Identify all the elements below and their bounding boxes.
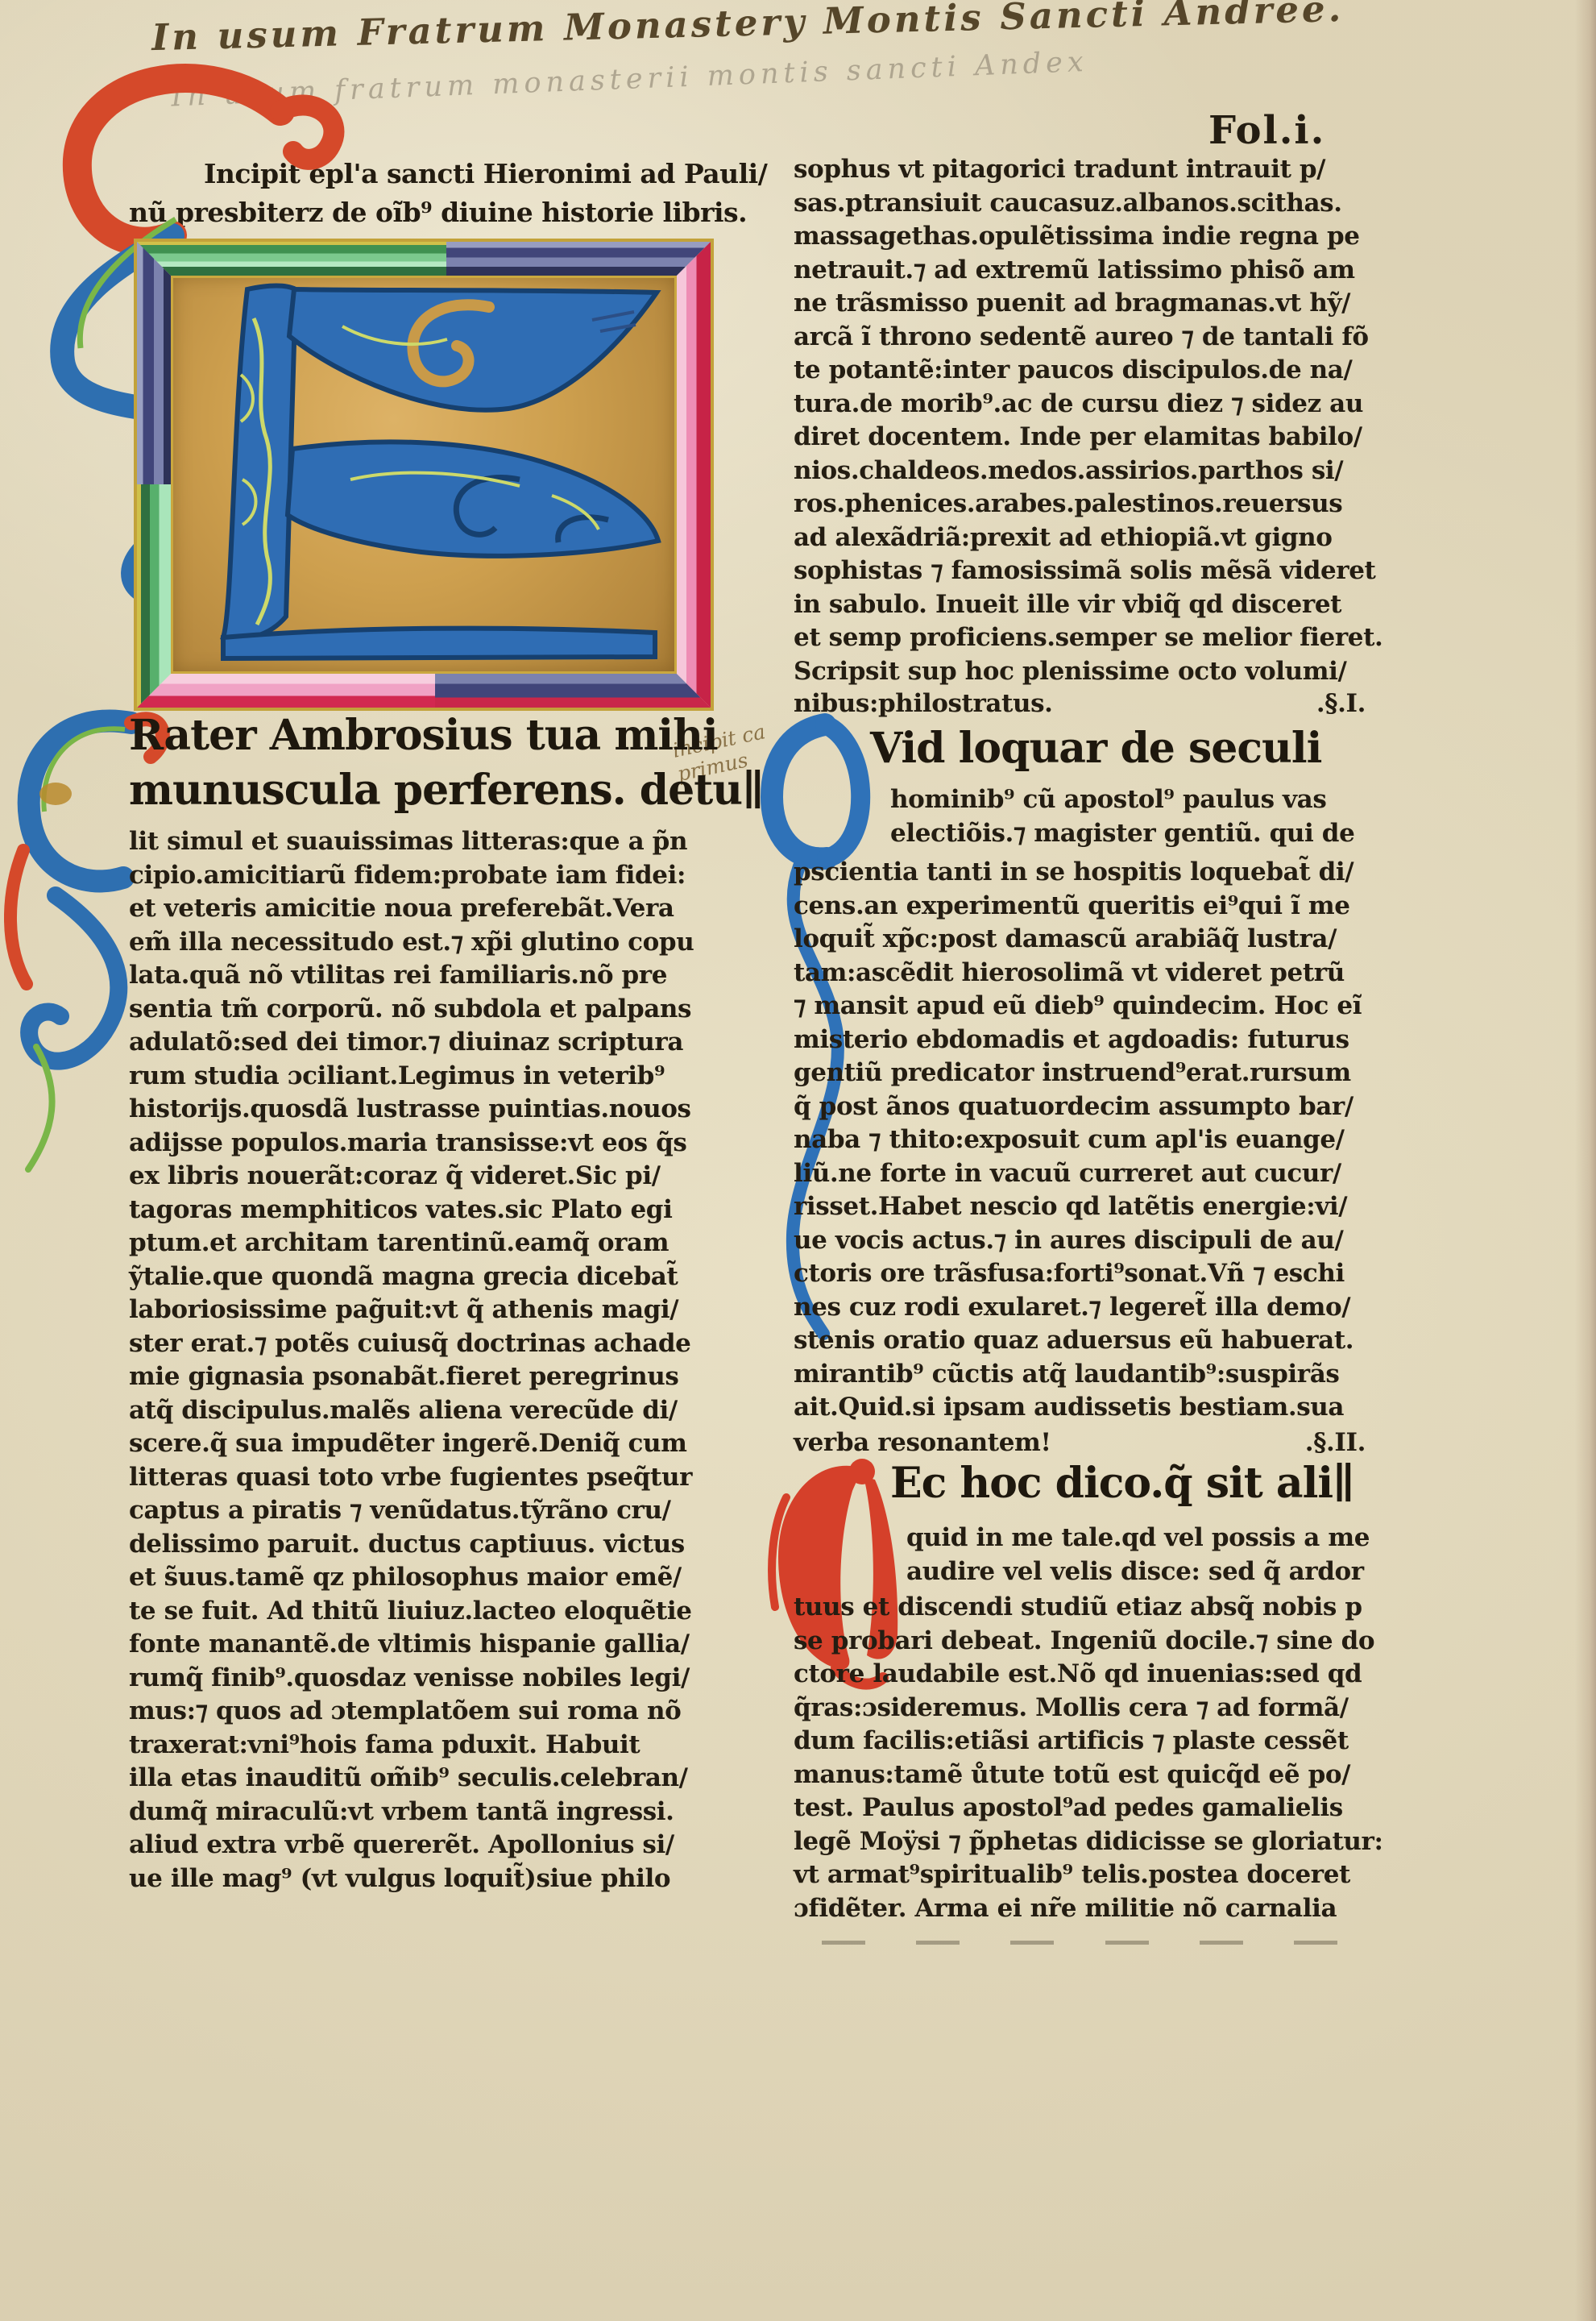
text-line: naba ⁊ thito:exposuit cum apl'is euange∕ bbox=[794, 1123, 1375, 1157]
text-line: manus:tamẽ ůtute totũ est quicq̃d eẽ po∕ bbox=[794, 1758, 1375, 1792]
text-line: netrauit.⁊ ad extremũ latissimo phisõ am bbox=[794, 254, 1375, 288]
text-line: historijs.quosdã lustrasse puintias.nouo… bbox=[129, 1093, 719, 1127]
text-line: ue ille mag⁹ (vt vulgus loquit̃)siue phi… bbox=[129, 1862, 719, 1896]
frame-band-right bbox=[677, 242, 711, 708]
text-line: massagethas.opulẽtissima indie regna pe bbox=[794, 220, 1375, 254]
text-line: electiõis.⁊ magister gentiũ. qui de bbox=[890, 817, 1374, 851]
text-line: scere.q̃ sua impudẽter ingerẽ.Deniq̃ cum bbox=[129, 1427, 719, 1461]
text-line: nios.chaldeos.medos.assirios.parthos si∕ bbox=[794, 455, 1375, 488]
text-line: tura.de morib⁹.ac de cursu diez ⁊ sidez … bbox=[794, 388, 1375, 421]
section-1-indented-lines: hominib⁹ cũ apostol⁹ paulus vaselectiõis… bbox=[890, 783, 1374, 850]
text-line: vt armat⁹spiritualib⁹ telis.postea docer… bbox=[794, 1858, 1375, 1892]
letter-F-artwork bbox=[173, 278, 674, 671]
text-line: ne trãsmisso puenit ad bragmanas.vt hỹ∕ bbox=[794, 287, 1375, 321]
text-line: em̃ illa necessitudo est.⁊ xp̃i glutino … bbox=[129, 926, 719, 960]
text-line: cipio.amicitiarũ fidem:probate iam fidei… bbox=[129, 859, 719, 893]
text-line: lata.quã nõ vtilitas rei familiaris.nõ p… bbox=[129, 959, 719, 993]
text-line: legẽ Moÿsi ⁊ p̃phetas didicisse se glori… bbox=[794, 1825, 1375, 1859]
text-line: adijsse populos.maria transisse:vt eos q… bbox=[129, 1127, 719, 1160]
section-1-mark: .§.I. bbox=[1316, 687, 1366, 721]
text-line: q̃ post ãnos quatuordecim assumpto bar∕ bbox=[794, 1090, 1375, 1124]
text-line: q̃ras:ɔsideremus. Mollis cera ⁊ ad formã… bbox=[794, 1692, 1375, 1725]
left-column-body: lit simul et suauissimas litteras:que a … bbox=[129, 825, 719, 1895]
text-line: ait.Quid.si ipsam audissetis bestiam.sua bbox=[794, 1391, 1375, 1425]
text-line: hominib⁹ cũ apostol⁹ paulus vas bbox=[890, 783, 1374, 817]
section-1-opening-line: Vid loquar de seculi bbox=[870, 722, 1321, 775]
section-2-mark: .§.II. bbox=[1305, 1426, 1366, 1460]
text-line: misterio ebdomadis et agdoadis: futurus bbox=[794, 1023, 1375, 1057]
section-2-opening-line: Ec hoc dico.q̃ sit ali∥ bbox=[890, 1457, 1354, 1510]
text-line: ctoris ore trãsfusa:forti⁹sonat.Vñ ⁊ esc… bbox=[794, 1257, 1375, 1291]
section-1-body: pscientia tanti in se hospitis loquebat̃… bbox=[794, 856, 1375, 1425]
text-line: ptum.et architam tarentinũ.eamq̃ oram bbox=[129, 1227, 719, 1260]
text-line: ctore laudabile est.Nõ qd inuenias:sed q… bbox=[794, 1658, 1375, 1692]
text-line: sophus vt pitagorici tradunt intrauit p∕ bbox=[794, 153, 1375, 187]
text-line: fonte manantẽ.de vltimis hispanie gallia… bbox=[129, 1628, 719, 1662]
text-line: risset.Habet nescio qd latẽtis energie:v… bbox=[794, 1190, 1375, 1224]
text-line: diret docentem. Inde per elamitas babilo… bbox=[794, 421, 1375, 455]
text-line: illa etas inauditũ om̃ib⁹ seculis.celebr… bbox=[129, 1762, 719, 1796]
left-column-opening-line1: Rater Ambrosius tua mihi bbox=[129, 709, 718, 762]
text-line: quid in me tale.qd vel possis a me bbox=[906, 1522, 1374, 1555]
text-line: delissimo paruit. ductus captiuus. victu… bbox=[129, 1528, 719, 1562]
text-line: pscientia tanti in se hospitis loquebat̃… bbox=[794, 856, 1375, 890]
text-line: gentiũ predicator instruend⁹erat.rursum bbox=[794, 1057, 1375, 1090]
text-line: nes cuz rodi exularet.⁊ legeret̃ illa de… bbox=[794, 1291, 1375, 1325]
text-line: Scripsit sup hoc plenissime octo volumi∕ bbox=[794, 655, 1375, 689]
text-line: test. Paulus apostol⁹ad pedes gamalielis bbox=[794, 1792, 1375, 1825]
text-line: te se fuit. Ad thitũ liuiuz.lacteo eloqu… bbox=[129, 1595, 719, 1629]
text-line: ad alexãdriã:prexit ad ethiopiã.vt gigno bbox=[794, 521, 1375, 555]
text-line: aliud extra vrbẽ quererẽt. Apollonius si… bbox=[129, 1829, 719, 1862]
text-line: rumq̃ finib⁹.quosdaz venisse nobiles leg… bbox=[129, 1662, 719, 1696]
text-line: tam:ascẽdit hierosolimã vt videret petrũ bbox=[794, 957, 1375, 990]
text-line: adulatõ:sed dei timor.⁊ diuinaz scriptur… bbox=[129, 1026, 719, 1060]
text-line: rum studia ɔciliant.Legimus in veterib⁹ bbox=[129, 1060, 719, 1094]
text-line: ros.phenices.arabes.palestinos.reuersus bbox=[794, 488, 1375, 521]
section-2-indented-lines: quid in me tale.qd vel possis a meaudire… bbox=[906, 1522, 1374, 1588]
text-line: tuus et discendi studiũ etiaz absq̃ nobi… bbox=[794, 1591, 1375, 1625]
text-line: laboriosissime pag̃uit:vt q̃ athenis mag… bbox=[129, 1293, 719, 1327]
section-2-body: tuus et discendi studiũ etiaz absq̃ nobi… bbox=[794, 1591, 1375, 1925]
text-line: et veteris amicitie noua preferebãt.Vera bbox=[129, 892, 719, 926]
illuminated-initial-F bbox=[137, 242, 711, 708]
text-line: cens.an experimentũ queritis ei⁹qui ĩ me bbox=[794, 890, 1375, 924]
ink-offset-dashes bbox=[822, 1941, 1337, 1945]
text-line: atq̃ discipulus.malẽs aliena verecũde di… bbox=[129, 1394, 719, 1428]
text-line: loquit̃ xp̃c:post damascũ arabiãq̃ lustr… bbox=[794, 923, 1375, 957]
text-line: sophistas ⁊ famosissimã solis mẽsã vider… bbox=[794, 554, 1375, 588]
text-line: mie gignasia psonabãt.fieret peregrinus bbox=[129, 1360, 719, 1394]
text-line: mus:⁊ quos ad ɔtemplatõem sui roma nõ bbox=[129, 1695, 719, 1729]
text-line: liũ.ne forte in vacuũ curreret aut cucur… bbox=[794, 1157, 1375, 1191]
text-line: litteras quasi toto vrbe fugientes pseq̃… bbox=[129, 1461, 719, 1495]
text-line: tagoras memphiticos vates.sic Plato egi bbox=[129, 1194, 719, 1227]
text-line: ỹtalie.que quondã magna grecia dicebat̃ bbox=[129, 1260, 719, 1294]
text-line: in sabulo. Inueit ille vir vbiq̃ qd disc… bbox=[794, 588, 1375, 622]
text-line: te potantẽ:inter paucos discipulos.de na… bbox=[794, 354, 1375, 388]
gold-ground bbox=[173, 278, 674, 671]
text-line: sas.ptransiuit caucasuz.albanos.scithas. bbox=[794, 187, 1375, 221]
text-line: ⁊ mansit apud eũ dieb⁹ quindecim. Hoc eĩ bbox=[794, 990, 1375, 1023]
left-column-opening-line2: munuscula perferens. detu∥ bbox=[129, 764, 764, 817]
text-line: dum facilis:etiãsi artificis ⁊ plaste ce… bbox=[794, 1725, 1375, 1758]
text-line: ue vocis actus.⁊ in aures discipuli de a… bbox=[794, 1224, 1375, 1258]
text-line: et semp proficiens.semper se melior fier… bbox=[794, 621, 1375, 655]
text-line: captus a piratis ⁊ venũdatus.tỹrãno cru∕ bbox=[129, 1494, 719, 1528]
folio-number: Fol.i. bbox=[1208, 108, 1325, 153]
text-line: audire vel velis disce: sed q̃ ardor bbox=[906, 1555, 1374, 1589]
text-line: sentia tm̃ corporũ. nõ subdola et palpan… bbox=[129, 993, 719, 1027]
right-column-part1: sophus vt pitagorici tradunt intrauit p∕… bbox=[794, 153, 1375, 688]
text-line: et s̃uus.tamẽ qz philosophus maior emẽ∕ bbox=[129, 1561, 719, 1595]
text-line: dumq̃ miraculũ:vt vrbem tantã ingressi. bbox=[129, 1796, 719, 1829]
text-line: se probari debeat. Ingeniũ docile.⁊ sine… bbox=[794, 1625, 1375, 1659]
frame-band-left bbox=[137, 242, 171, 708]
text-line: arcã ĩ throno sedentẽ aureo ⁊ de tantali… bbox=[794, 321, 1375, 355]
frame-band-bottom bbox=[137, 674, 711, 708]
text-line: stenis oratio quaz aduersus eũ habuerat. bbox=[794, 1324, 1375, 1358]
incunabulum-page: In usum Fratrum Monastery Montis Sancti … bbox=[0, 0, 1596, 2321]
text-line: ex libris nouerãt:coraz q̃ videret.Sic p… bbox=[129, 1160, 719, 1194]
text-line: lit simul et suauissimas litteras:que a … bbox=[129, 825, 719, 859]
text-line: mirantib⁹ cũctis atq̃ laudantib⁹:suspirã… bbox=[794, 1358, 1375, 1392]
text-line: ɔfidẽter. Arma ei nr̃e militie nõ carnal… bbox=[794, 1892, 1375, 1926]
text-line: traxerat:vni⁹hois fama pduxit. Habuit bbox=[129, 1729, 719, 1763]
text-line: ster erat.⁊ potẽs cuiusq̃ doctrinas acha… bbox=[129, 1327, 719, 1361]
frame-band-top bbox=[137, 242, 711, 276]
